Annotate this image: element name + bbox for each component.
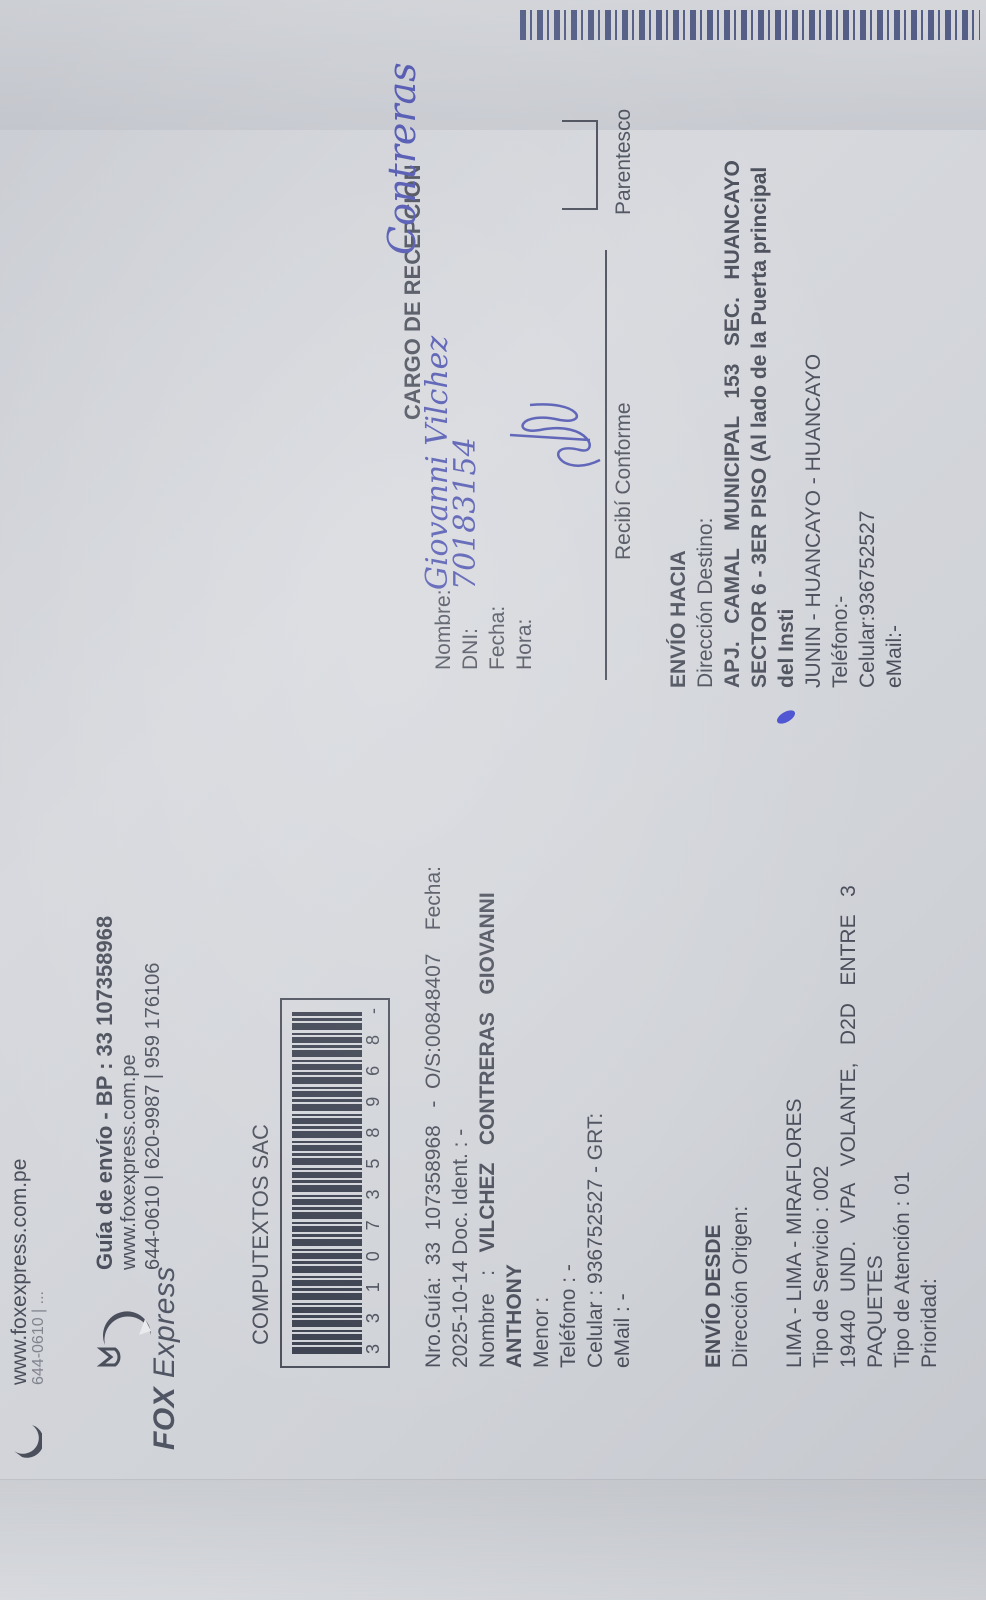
guide-title: Guía de envío - BP : 33 107358968 (92, 916, 118, 1270)
destination-address-label: Dirección Destino: (692, 160, 719, 688)
barcode-digits: 3 3 1 0 7 3 5 8 9 6 8 - (363, 1008, 384, 1354)
destination-section: ENVÍO HACIA Dirección Destino: APJ. CAMA… (665, 160, 908, 688)
mobile-field: Celular : 936752527 - GRT: (582, 866, 609, 1368)
email-field: eMail : - (609, 866, 636, 1368)
signature-line (605, 250, 607, 680)
package-description: 19440 UND. VPA VOLANTE, D2D ENTRE 3 (835, 885, 862, 1368)
date-doc: 2025-10-14 Doc. Ident. : - (449, 1129, 472, 1368)
sender-company: COMPUTEXTOS SAC (248, 1124, 274, 1345)
name-label: Nombre : (476, 1270, 499, 1368)
recipient-name-line: Nombre : VILCHEZ CONTRERAS GIOVANNI (474, 866, 501, 1368)
barcode-digit: - (363, 1008, 384, 1014)
date-line: 2025-10-14 Doc. Ident. : - (447, 866, 474, 1368)
reception-dni-label: DNI: (457, 589, 484, 670)
attention-type: Tipo de Atención : 01 (889, 885, 916, 1368)
origin-location: LIMA - LIMA - MIRAFLORES (781, 885, 808, 1368)
origin-section: ENVÍO DESDE Dirección Origen: LIMA - LIM… (700, 885, 943, 1368)
barcode-digit: 5 (363, 1159, 384, 1169)
barcode-digit: 7 (363, 1220, 384, 1230)
destination-address-2: SECTOR 6 - 3ER PISO (Al lado de la Puert… (746, 160, 773, 688)
previous-label-fragment: 644-0610 | ... (30, 1291, 48, 1385)
barcode-digit: 1 (363, 1282, 384, 1292)
phone-field: Teléfono : - (555, 866, 582, 1368)
service-type: Tipo de Servicio : 002 (808, 885, 835, 1368)
relationship-box (562, 120, 598, 210)
origin-address-blank (754, 885, 781, 1368)
shipping-label: www.foxexpress.com.pe 644-0610 | ... FOX… (0, 0, 986, 1600)
barcode-digit: 3 (363, 1344, 384, 1354)
origin-title: ENVÍO DESDE (700, 885, 727, 1368)
reception-name-label: Nombre: (430, 589, 457, 670)
destination-address-1: APJ. CAMAL MUNICIPAL 153 SEC. HUANCAYO (719, 160, 746, 688)
barcode: 3 3 1 0 7 3 5 8 9 6 8 - (280, 998, 390, 1368)
shipment-info: Nro.Guía: 33 107358968 - O/S:00848407 Fe… (420, 866, 636, 1368)
barcode-digit: 6 (363, 1066, 384, 1076)
fox-logo-icon (2, 1415, 42, 1465)
priority: Prioridad: (916, 885, 943, 1368)
reception-date-label: Fecha: (484, 589, 511, 670)
barcode-digit: 8 (363, 1128, 384, 1138)
barcode-digit: 3 (363, 1313, 384, 1323)
handwritten-dni: 70183154 (448, 437, 483, 590)
barcode-digit: 8 (363, 1035, 384, 1045)
signature-scribble (500, 390, 610, 480)
paper-fold (0, 1479, 986, 1600)
previous-label-url: www.foxexpress.com.pe (8, 1159, 32, 1385)
destination-mobile: Celular:936752527 (854, 160, 881, 688)
brand-suffix: Express (148, 1266, 181, 1387)
brand-prefix: FOX (148, 1387, 181, 1450)
recipient-name-2: ANTHONY (501, 866, 528, 1368)
barcode-digit: 0 (363, 1251, 384, 1261)
guide-number-line: Nro.Guía: 33 107358968 - O/S:00848407 Fe… (420, 866, 447, 1368)
barcode-digit: 3 (363, 1189, 384, 1199)
relationship-label: Parentesco (612, 109, 636, 215)
recipient-name: VILCHEZ CONTRERAS GIOVANNI (476, 892, 499, 1252)
ink-mark (775, 708, 797, 727)
package-edge (0, 0, 986, 130)
handwritten-surname: Contreras (380, 62, 424, 255)
signature-label: Recibí Conforme (612, 402, 636, 560)
minor-field: Menor : (528, 866, 555, 1368)
destination-phone: Teléfono:- (827, 160, 854, 688)
guide-phones: 644-0610 | 620-9987 | 959 176106 (142, 963, 165, 1270)
barcode-bars (292, 1012, 362, 1354)
package-description-2: PAQUETES (862, 885, 889, 1368)
destination-email: eMail:- (881, 160, 908, 688)
reception-time-label: Hora: (511, 589, 538, 670)
destination-title: ENVÍO HACIA (665, 160, 692, 688)
origin-address-label: Dirección Origen: (727, 885, 754, 1368)
destination-location: JUNIN - HUANCAYO - HUANCAYO (800, 160, 827, 688)
fox-moon-logo-icon (95, 1295, 155, 1375)
partial-barcode (520, 10, 980, 40)
brand-name: FOX Express (148, 1266, 182, 1450)
destination-address-3: del Insti (773, 160, 800, 688)
guide-website: www.foxexpress.com.pe (118, 1054, 141, 1270)
reception-labels: Nombre: DNI: Fecha: Hora: (430, 589, 538, 670)
barcode-digit: 9 (363, 1097, 384, 1107)
